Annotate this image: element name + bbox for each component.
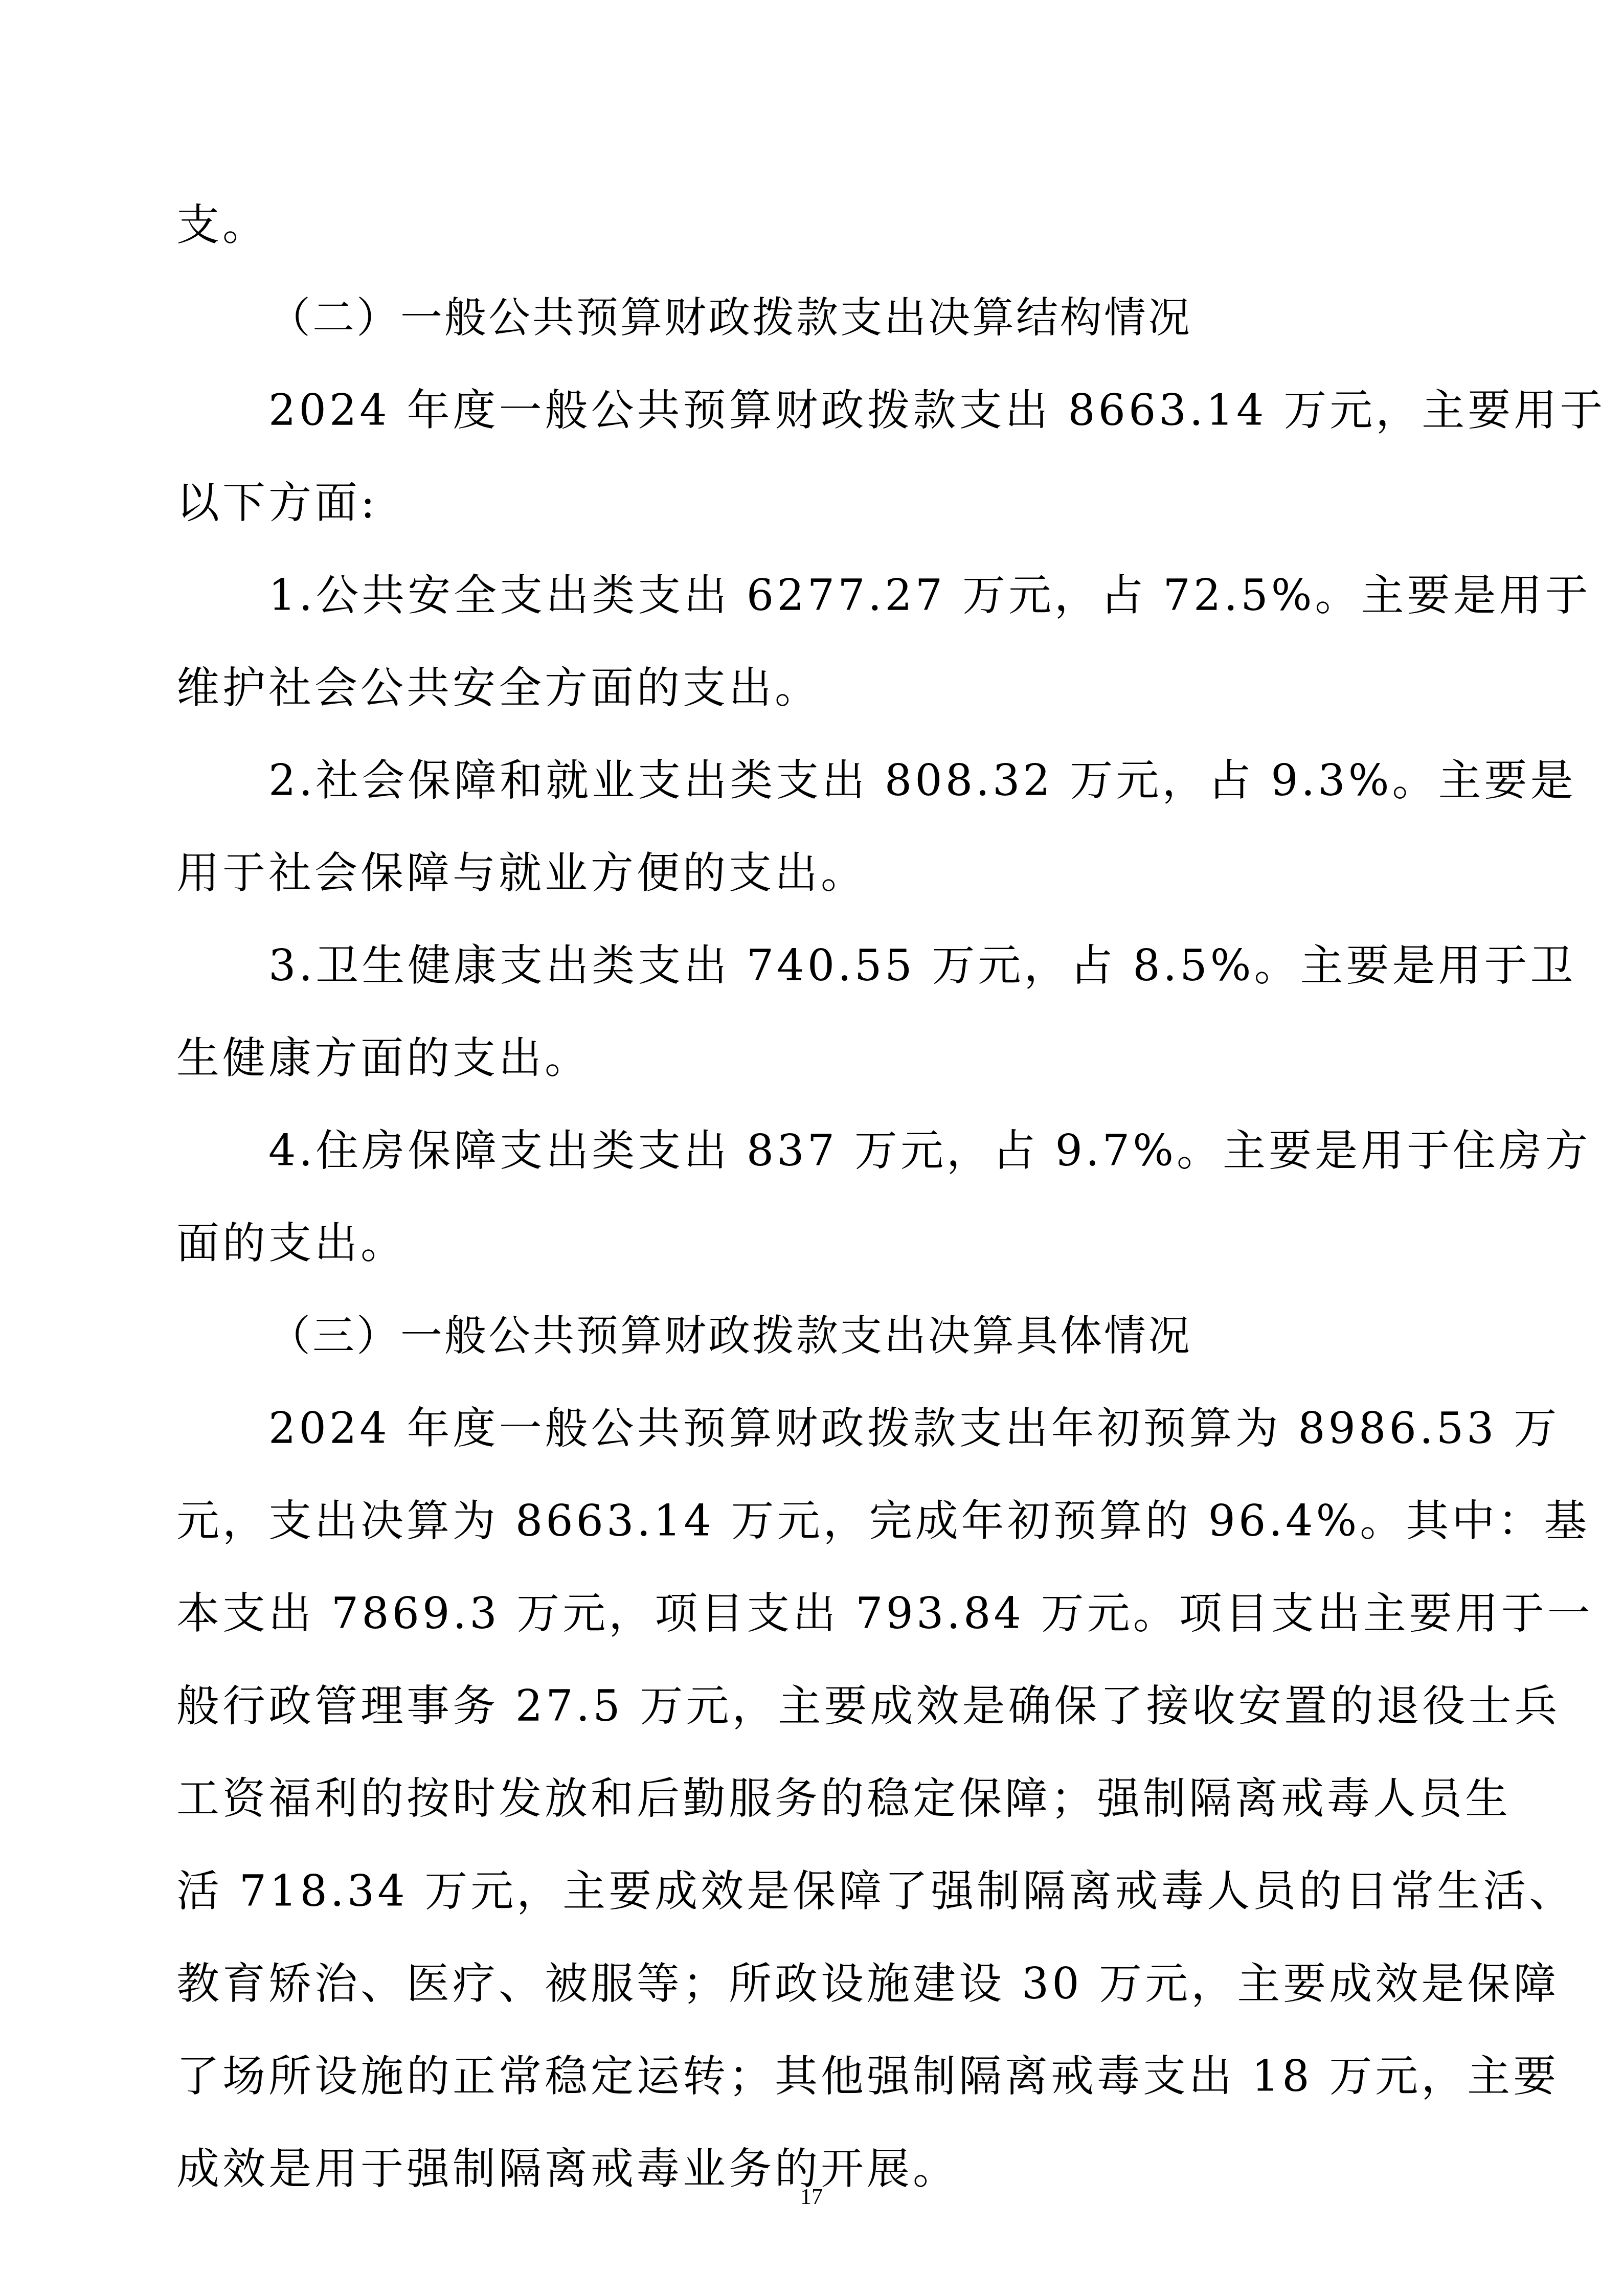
text-line: 生健康方面的支出。: [176, 1012, 1450, 1105]
section-heading-structure: （二）一般公共预算财政拨款支出决算结构情况: [176, 272, 1450, 364]
document-page: 支。 （二）一般公共预算财政拨款支出决算结构情况 2024 年度一般公共预算财政…: [176, 179, 1450, 2215]
text-line: 本支出 7869.3 万元，项目支出 793.84 万元。项目支出主要用于一: [176, 1567, 1450, 1660]
list-item-social-security: 2.社会保障和就业支出类支出 808.32 万元，占 9.3%。主要是: [176, 734, 1450, 827]
list-item-health: 3.卫生健康支出类支出 740.55 万元，占 8.5%。主要是用于卫: [176, 919, 1450, 1012]
text-line: 活 718.34 万元，主要成效是保障了强制隔离戒毒人员的日常生活、: [176, 1845, 1450, 1938]
text-line: 用于社会保障与就业方便的支出。: [176, 827, 1450, 919]
text-line: 教育矫治、医疗、被服等；所政设施建设 30 万元，主要成效是保障: [176, 1938, 1450, 2030]
text-line: 2024 年度一般公共预算财政拨款支出年初预算为 8986.53 万: [176, 1382, 1450, 1475]
section-heading-details: （三）一般公共预算财政拨款支出决算具体情况: [176, 1290, 1450, 1382]
text-line: 了场所设施的正常稳定运转；其他强制隔离戒毒支出 18 万元，主要: [176, 2030, 1450, 2123]
text-line: 维护社会公共安全方面的支出。: [176, 642, 1450, 734]
text-line: 2024 年度一般公共预算财政拨款支出 8663.14 万元，主要用于: [176, 364, 1450, 457]
text-line: 支。: [176, 179, 1450, 272]
text-line: 般行政管理事务 27.5 万元，主要成效是确保了接收安置的退役士兵: [176, 1660, 1450, 1752]
list-item-housing: 4.住房保障支出类支出 837 万元，占 9.7%。主要是用于住房方: [176, 1105, 1450, 1197]
list-item-public-security: 1.公共安全支出类支出 6277.27 万元，占 72.5%。主要是用于: [176, 549, 1450, 642]
text-line: 工资福利的按时发放和后勤服务的稳定保障；强制隔离戒毒人员生: [176, 1752, 1450, 1845]
page-number: 17: [0, 2184, 1623, 2210]
text-line: 以下方面:: [176, 457, 1450, 549]
text-line: 面的支出。: [176, 1197, 1450, 1290]
text-line: 元，支出决算为 8663.14 万元，完成年初预算的 96.4%。其中：基: [176, 1475, 1450, 1567]
